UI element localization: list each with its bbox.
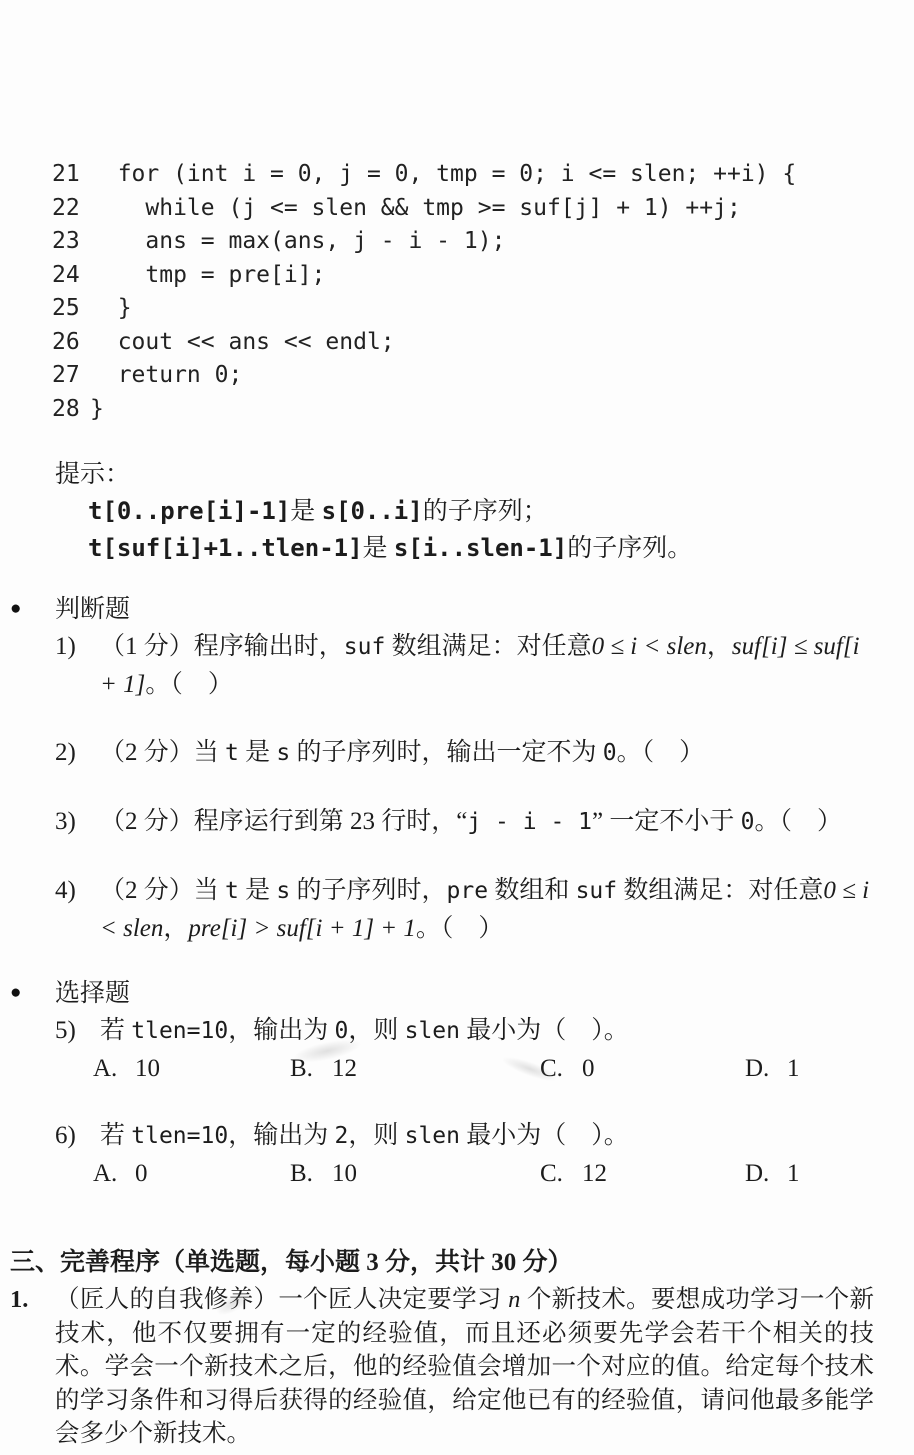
- code-listing: 21 for (int i = 0, j = 0, tmp = 0; i <= …: [0, 0, 914, 426]
- judge-question-3: 3) （2 分）程序运行到第 23 行时，“j - i - 1” 一定不小于 0…: [55, 803, 874, 841]
- exam-page: 21 for (int i = 0, j = 0, tmp = 0; i <= …: [0, 0, 914, 1455]
- judge-question-1: 1) （1 分）程序输出时，suf 数组满足：对任意0 ≤ i < slen，s…: [55, 628, 874, 703]
- question-text: （2 分）当 t 是 s 的子序列时，输出一定不为 0。（ ）: [100, 734, 874, 772]
- code-text: cout << ans << endl;: [90, 326, 395, 360]
- choice-section: ● 选择题 5) 若 tlen=10，输出为 0，则 slen 最小为（ ）。 …: [0, 975, 914, 1192]
- line-number: 24: [52, 259, 90, 293]
- section-three-heading: 三、完善程序（单选题，每小题 3 分，共计 30 分）: [10, 1244, 874, 1281]
- line-number: 23: [52, 225, 90, 259]
- choice-question-5: 5) 若 tlen=10，输出为 0，则 slen 最小为（ ）。 A.10 B…: [55, 1012, 874, 1087]
- choice-question-6: 6) 若 tlen=10，输出为 2，则 slen 最小为（ ）。 A.0 B.…: [55, 1117, 874, 1192]
- code-line: 25 }: [52, 292, 914, 326]
- option-c: C.12: [540, 1155, 745, 1192]
- choice-section-title: 选择题: [55, 980, 130, 1007]
- question-text: （2 分）当 t 是 s 的子序列时，pre 数组和 suf 数组满足：对任意0…: [100, 872, 874, 947]
- hint-section: 提示： t[0..pre[i]-1]是 s[0..i]的子序列； t[suf[i…: [0, 456, 914, 567]
- code-text: return 0;: [90, 359, 242, 393]
- problem-1: 1. （匠人的自我修养）一个匠人决定要学习 n 个新技术。要想成功学习一个新技术…: [10, 1283, 874, 1451]
- line-number: 25: [52, 292, 90, 326]
- problem-number: 1.: [10, 1283, 55, 1451]
- option-b: B.12: [290, 1050, 540, 1087]
- line-number: 27: [52, 359, 90, 393]
- option-c: C.0: [540, 1050, 745, 1087]
- judge-question-4: 4) （2 分）当 t 是 s 的子序列时，pre 数组和 suf 数组满足：对…: [55, 872, 874, 947]
- question-text: （2 分）程序运行到第 23 行时，“j - i - 1” 一定不小于 0。（ …: [100, 803, 874, 841]
- question-number: 3): [55, 803, 100, 841]
- code-text: while (j <= slen && tmp >= suf[j] + 1) +…: [90, 192, 741, 226]
- question-number: 1): [55, 628, 100, 703]
- code-text: }: [90, 393, 104, 427]
- judge-section: ● 判断题 1) （1 分）程序输出时，suf 数组满足：对任意0 ≤ i < …: [0, 591, 914, 947]
- code-line: 24 tmp = pre[i];: [52, 259, 914, 293]
- option-a: A.0: [93, 1155, 290, 1192]
- judge-section-head: ● 判断题: [55, 591, 874, 628]
- code-line: 21 for (int i = 0, j = 0, tmp = 0; i <= …: [52, 158, 914, 192]
- line-number: 22: [52, 192, 90, 226]
- code-text: for (int i = 0, j = 0, tmp = 0; i <= sle…: [90, 158, 796, 192]
- line-number: 28: [52, 393, 90, 427]
- option-a: A.10: [93, 1050, 290, 1087]
- question-number: 4): [55, 872, 100, 947]
- code-line: 22 while (j <= slen && tmp >= suf[j] + 1…: [52, 192, 914, 226]
- code-line: 23 ans = max(ans, j - i - 1);: [52, 225, 914, 259]
- line-number: 21: [52, 158, 90, 192]
- option-d: D.1: [745, 1050, 874, 1087]
- code-text: }: [90, 292, 132, 326]
- hint-label: 提示：: [55, 456, 914, 493]
- section-three: 三、完善程序（单选题，每小题 3 分，共计 30 分） 1. （匠人的自我修养）…: [0, 1244, 914, 1451]
- hint-line: t[0..pre[i]-1]是 s[0..i]的子序列；: [55, 493, 914, 530]
- code-text: tmp = pre[i];: [90, 259, 325, 293]
- code-text: ans = max(ans, j - i - 1);: [90, 225, 505, 259]
- bullet-icon: ●: [10, 599, 21, 618]
- hint-line: t[suf[i]+1..tlen-1]是 s[i..slen-1]的子序列。: [55, 530, 914, 567]
- question-number: 2): [55, 734, 100, 772]
- options-row: A.0 B.10 C.12 D.1: [55, 1155, 874, 1192]
- code-line: 26 cout << ans << endl;: [52, 326, 914, 360]
- code-line: 27 return 0;: [52, 359, 914, 393]
- option-d: D.1: [745, 1155, 874, 1192]
- bullet-icon: ●: [10, 983, 21, 1002]
- line-number: 26: [52, 326, 90, 360]
- question-text: 若 tlen=10，输出为 0，则 slen 最小为（ ）。: [100, 1012, 874, 1050]
- problem-text: （匠人的自我修养）一个匠人决定要学习 n 个新技术。要想成功学习一个新技术，他不…: [55, 1283, 874, 1451]
- option-b: B.10: [290, 1155, 540, 1192]
- options-row: A.10 B.12 C.0 D.1: [55, 1050, 874, 1087]
- judge-section-title: 判断题: [55, 596, 130, 623]
- judge-question-2: 2) （2 分）当 t 是 s 的子序列时，输出一定不为 0。（ ）: [55, 734, 874, 772]
- question-number: 6): [55, 1117, 100, 1155]
- code-line: 28}: [52, 393, 914, 427]
- question-number: 5): [55, 1012, 100, 1050]
- question-text: （1 分）程序输出时，suf 数组满足：对任意0 ≤ i < slen，suf[…: [100, 628, 874, 703]
- choice-section-head: ● 选择题: [55, 975, 874, 1012]
- question-text: 若 tlen=10，输出为 2，则 slen 最小为（ ）。: [100, 1117, 874, 1155]
